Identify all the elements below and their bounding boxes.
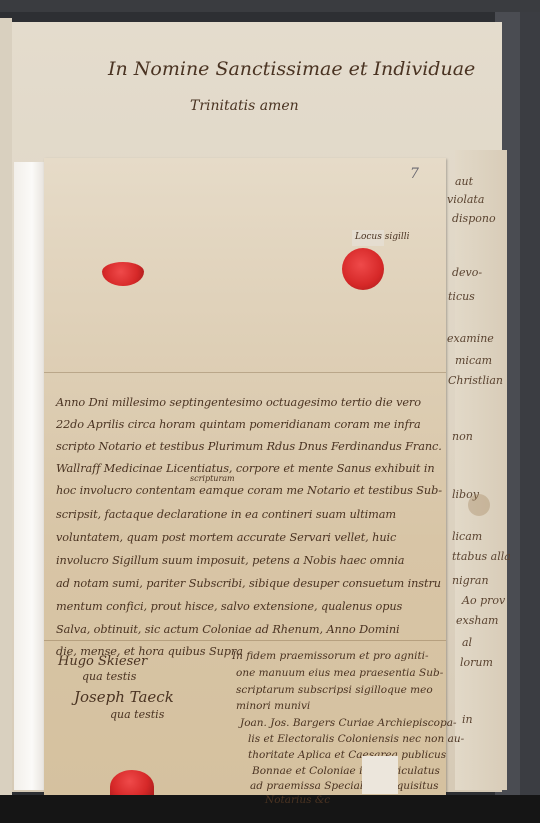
attestation-line: ad praemissa Specialiter requisitus (250, 780, 439, 792)
fold-line (44, 640, 446, 641)
margin-fragment: dispono (452, 212, 496, 225)
paper-tear-patch (362, 756, 398, 794)
page-number: 7 (410, 166, 419, 182)
attestation-line: thoritate Aplica et Caesarea publicus (248, 749, 446, 761)
witness-2-role: qua testis (110, 708, 164, 721)
interlinear-note: scripturam (190, 474, 235, 483)
white-paper-slip (14, 162, 44, 790)
fold-line (44, 372, 446, 373)
body-line: Salva, obtinuit, sic actum Coloniae ad R… (56, 623, 400, 636)
body-line: Anno Dni millesimo septingentesimo octua… (56, 396, 421, 409)
margin-fragment: lorum (460, 656, 493, 669)
attestation-line: Bonnae et Coloniae immatriculatus (252, 765, 440, 777)
attestation-line: one manuum eius mea praesentia Sub- (236, 667, 443, 679)
attestation-line: scriptarum subscripsi sigilloque meo (236, 684, 433, 696)
attestation-line: Notarius &c (265, 794, 330, 806)
body-line: ad notam sumi, pariter Subscribi, sibiqu… (56, 577, 441, 590)
attestation-line: Joan. Jos. Bargers Curiae Archiepiscopa- (240, 717, 457, 729)
witness-2-name: Joseph Taeck (74, 688, 174, 706)
margin-fragment: Ao prov (462, 594, 505, 607)
margin-fragment: in (462, 713, 473, 726)
witness-1-role: qua testis (82, 670, 136, 683)
margin-fragment: aut (455, 175, 473, 188)
scanner-top-bar (0, 0, 540, 12)
seal-label: Locus sigilli (355, 232, 409, 242)
attestation-line: In fidem praemissorum et pro agniti- (232, 650, 429, 662)
margin-fragment: micam (455, 354, 492, 367)
heading-line-2: Trinitatis amen (190, 98, 299, 114)
heading-line-1: In Nomine Sanctissimae et Individuae (108, 58, 475, 80)
margin-fragment: al (462, 636, 472, 649)
margin-fragment: devo- (452, 266, 482, 279)
attestation-line: minori munivi (236, 700, 310, 712)
body-line: hoc involucro contentam eamque coram me … (56, 484, 442, 497)
witness-1-name: Hugo Skieser (58, 654, 147, 669)
margin-fragment: examine (447, 332, 494, 345)
wax-seal-right (342, 248, 384, 290)
margin-fragment: ticus (448, 290, 475, 303)
wax-seal-bottom (110, 770, 154, 798)
body-line: scripto Notario et testibus Plurimum Rdu… (56, 440, 442, 453)
margin-fragment: licam (452, 530, 482, 543)
attestation-line: lis et Electoralis Coloniensis nec non a… (248, 733, 464, 745)
stain (468, 494, 490, 516)
margin-fragment: non (452, 430, 473, 443)
back-sheet-right-edge (455, 150, 507, 790)
margin-fragment: violata (447, 193, 484, 206)
body-line: mentum confici, prout hisce, salvo exten… (56, 600, 402, 613)
margin-fragment: exsham (456, 614, 498, 627)
body-line: 22do Aprilis circa horam quintam pomerid… (56, 418, 421, 431)
body-line: Wallraff Medicinae Licentiatus, corpore … (56, 462, 435, 475)
margin-fragment: Christlian (448, 374, 503, 387)
margin-fragment: ttabus alla (452, 550, 511, 563)
left-facing-page-edge (0, 18, 12, 808)
body-line: scripsit, factaque declaratione in ea co… (56, 508, 396, 521)
body-line: voluntatem, quam post mortem accurate Se… (56, 531, 396, 544)
body-line: involucro Sigillum suum imposuit, petens… (56, 554, 404, 567)
margin-fragment: nigran (452, 574, 489, 587)
